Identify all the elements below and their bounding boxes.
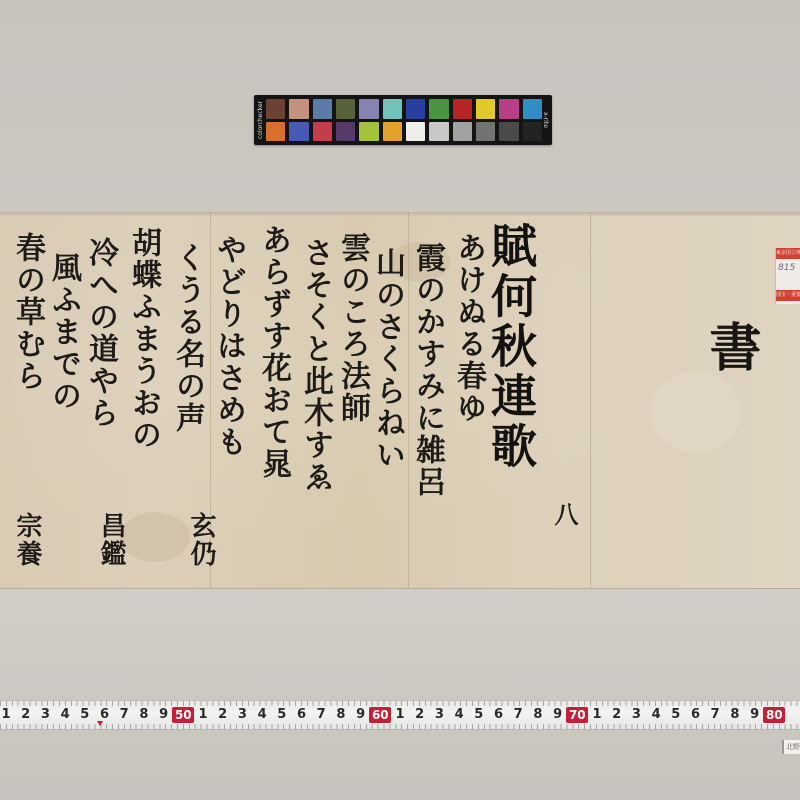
ruler-major-label: 60: [369, 707, 391, 723]
ruler-label: 4: [58, 707, 72, 722]
color-patch: [383, 122, 402, 142]
color-patch: [499, 122, 518, 142]
measuring-tape: 1234567895012345678960123456789701234567…: [0, 700, 800, 730]
ruler-label: 6: [689, 707, 703, 722]
color-patch: [289, 99, 308, 119]
ruler-label: 6: [295, 707, 309, 722]
ruler-label: 8: [334, 707, 348, 722]
ruler-label: 5: [472, 707, 486, 722]
ruler-label: 3: [38, 707, 52, 722]
poem-title-suffix: 八: [552, 502, 576, 562]
calligraphy-scroll: 賦何秋連歌 八 あけぬる春ゆ 霞のかすみに雑呂 山のさくらねい 雲のころ法師 さ…: [0, 212, 800, 588]
museum-label: 東京国立博物館 815 国宝・重要文化財: [775, 248, 800, 304]
ruler-label: 1: [0, 707, 13, 722]
ruler-label: 9: [157, 707, 171, 722]
label-bottom-band: 国宝・重要文化財: [776, 290, 800, 301]
ruler-label: 6: [98, 707, 112, 722]
ruler-label: 7: [511, 707, 525, 722]
color-patch: [359, 99, 378, 119]
checker-patch-grid: [266, 99, 542, 141]
verse-column: あらずす花おて晁: [258, 224, 288, 584]
ruler-label: 1: [393, 707, 407, 722]
verse-column: 胡蝶ふまうおの: [128, 227, 158, 527]
ruler-label: 4: [649, 707, 663, 722]
color-patch: [476, 99, 495, 119]
verse-column: 春の草むら: [12, 232, 42, 492]
signature-genjo: 玄仍: [188, 512, 214, 582]
ruler-label: 3: [432, 707, 446, 722]
ruler-label: 7: [314, 707, 328, 722]
signature-soyo: 宗養: [14, 512, 40, 582]
ruler-label: 2: [610, 707, 624, 722]
color-patch: [336, 99, 355, 119]
verse-column: 霞のかすみに雑呂: [412, 242, 442, 532]
verse-column: さそくと此木すゑ: [300, 237, 330, 577]
color-patch: [406, 99, 425, 119]
ruler-label: 9: [748, 707, 762, 722]
label-top-band: 東京国立博物館: [776, 248, 800, 259]
ruler-label: 5: [275, 707, 289, 722]
poem-title: 賦何秋連歌: [488, 222, 534, 582]
ruler-label: 8: [137, 707, 151, 722]
color-patch: [523, 122, 542, 142]
ruler-label: 7: [117, 707, 131, 722]
xrite-logo: x-rite: [541, 101, 550, 139]
verse-column: 雲のころ法師: [337, 232, 367, 572]
color-patch: [406, 122, 425, 142]
ruler-label: 4: [452, 707, 466, 722]
color-patch: [523, 99, 542, 119]
ruler-major-label: 50: [172, 707, 194, 723]
color-patch: [313, 122, 332, 142]
ruler-ticks-top: [0, 701, 800, 706]
ruler-label: 3: [629, 707, 643, 722]
color-patch: [453, 99, 472, 119]
signature-shokan: 昌鑑: [98, 512, 124, 582]
ruler-label: 5: [669, 707, 683, 722]
label-number: 815: [778, 263, 795, 273]
backdrop-bottom: [0, 588, 800, 800]
verse-column: 山のさくらねい: [372, 247, 402, 537]
ruler-label: 4: [255, 707, 269, 722]
heading-character: 書: [704, 320, 756, 410]
paper-fold: [590, 212, 591, 588]
color-patch: [313, 99, 332, 119]
ruler-label: 8: [728, 707, 742, 722]
color-patch: [499, 99, 518, 119]
color-patch: [383, 99, 402, 119]
color-patch: [266, 99, 285, 119]
color-checker: colorchecker x-rite: [254, 95, 552, 145]
scroll-top-edge: [0, 212, 800, 216]
ruler-major-label: 80: [763, 707, 785, 723]
corner-tag: 北野: [782, 740, 800, 754]
ruler-label: 2: [216, 707, 230, 722]
color-patch: [336, 122, 355, 142]
color-patch: [429, 122, 448, 142]
verse-column: くうる名の声: [172, 242, 202, 472]
verse-column: 風ふまでの: [48, 252, 78, 452]
ruler-label: 1: [196, 707, 210, 722]
ruler-label: 8: [531, 707, 545, 722]
ruler-label: 2: [19, 707, 33, 722]
ruler-label: 6: [492, 707, 506, 722]
color-patch: [266, 122, 285, 142]
ruler-label: 9: [354, 707, 368, 722]
ruler-label: 1: [590, 707, 604, 722]
ruler-ticks-bottom: [0, 724, 800, 729]
ruler-major-label: 70: [566, 707, 588, 723]
ruler-label: 7: [708, 707, 722, 722]
verse-column: あけぬる春ゆ: [453, 232, 483, 512]
ruler-label: 5: [78, 707, 92, 722]
checker-brand-text: colorchecker: [256, 101, 265, 139]
color-patch: [359, 122, 378, 142]
ruler-label: 2: [413, 707, 427, 722]
verse-column: 冷への道やら: [85, 237, 115, 487]
ruler-label: 3: [235, 707, 249, 722]
ruler-label: 9: [551, 707, 565, 722]
color-patch: [429, 99, 448, 119]
color-patch: [476, 122, 495, 142]
color-patch: [289, 122, 308, 142]
verse-column: やどりはさめも: [213, 234, 243, 494]
color-patch: [453, 122, 472, 142]
